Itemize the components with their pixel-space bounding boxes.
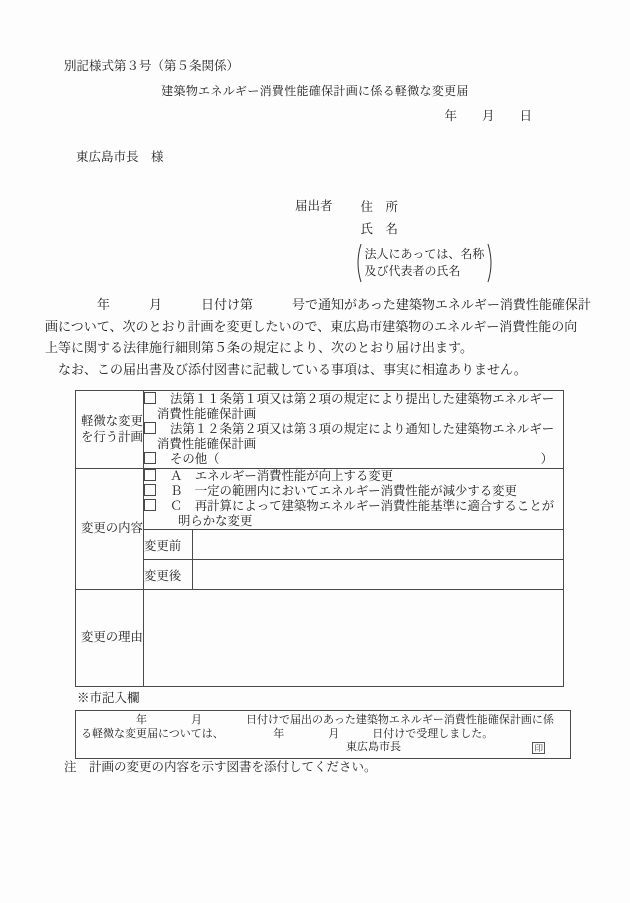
before-value-cell[interactable] xyxy=(193,530,564,560)
change-form-table: 軽微な変更 を行う計画 法第１１条第１項又は第２項の規定により提出した建築物エネ… xyxy=(75,390,564,687)
after-row: 変更後 xyxy=(76,560,564,590)
checkbox-law11-icon[interactable] xyxy=(144,392,156,404)
page-title: 建築物エネルギー消費性能確保計画に係る軽微な変更届 xyxy=(0,82,630,99)
name-label[interactable]: 氏 名 xyxy=(361,218,496,240)
before-row: 変更前 xyxy=(76,530,564,560)
plan-row-options: 法第１１条第１項又は第２項の規定により提出した建築物エネルギー 消費性能確保計画… xyxy=(144,391,564,469)
plan-row-header: 軽微な変更 を行う計画 xyxy=(76,391,144,469)
content-row-header: 変更の内容 xyxy=(76,469,144,590)
after-value-cell[interactable] xyxy=(193,560,564,590)
plan-option-law12-cont: 消費性能確保計画 xyxy=(144,437,563,452)
checkbox-a-icon[interactable] xyxy=(144,469,156,481)
corporate-note-line2: 及び代表者の氏名 xyxy=(365,263,485,280)
mayor-name: 東広島市長 xyxy=(346,741,401,755)
city-use-box: 年 月 日付けで届出のあった建築物エネルギー消費性能確保計画に係 る軽微な変更届… xyxy=(75,710,571,759)
form-number: 別記様式第３号（第５条関係） xyxy=(64,56,239,74)
applicant-block: 届出者 住 所 氏 名 法人にあっては、名称 及び代表者の氏名 xyxy=(295,196,495,283)
reason-row: 変更の理由 xyxy=(76,590,564,687)
plan-option-law11-cont: 消費性能確保計画 xyxy=(144,407,563,422)
body-line: 年 月 日付け第 号で通知があった建築物エネルギー消費性能確保計 xyxy=(45,294,591,316)
content-row-options: Ａ エネルギー消費性能が向上する変更 Ｂ 一定の範囲内においてエネルギー消費性能… xyxy=(144,469,564,530)
city-box-line1: 年 月 日付けで届出のあった建築物エネルギー消費性能確保計画に係 xyxy=(81,714,565,728)
body-paragraph: 年 月 日付け第 号で通知があった建築物エネルギー消費性能確保計 画について、次… xyxy=(45,294,591,380)
checkbox-other-icon[interactable] xyxy=(144,452,156,464)
body-line: なお、この届出書及び添付図書に記載している事項は、事実に相違ありません。 xyxy=(45,359,591,381)
plan-option-law12: 法第１２条第２項又は第３項の規定により通知した建築物エネルギー xyxy=(170,422,554,436)
checkbox-law12-icon[interactable] xyxy=(144,422,156,434)
content-option-c-cont: 明らかな変更 xyxy=(144,514,563,529)
before-label: 変更前 xyxy=(144,530,193,560)
other-blank-field[interactable] xyxy=(220,452,541,467)
attachment-note: 注 計画の変更の内容を示す図書を添付してください。 xyxy=(64,757,377,775)
content-option-b: Ｂ 一定の範囲内においてエネルギー消費性能が減少する変更 xyxy=(170,484,517,498)
after-label: 変更後 xyxy=(144,560,193,590)
applicant-label: 届出者 xyxy=(295,196,333,283)
content-option-c: Ｃ 再計算によって建築物エネルギー消費性能基準に適合することが xyxy=(170,499,554,513)
content-option-a: Ａ エネルギー消費性能が向上する変更 xyxy=(170,469,393,483)
right-paren-icon xyxy=(487,243,495,283)
plan-option-other-close: ） xyxy=(541,452,553,467)
city-use-label: ※市記入欄 xyxy=(77,688,140,706)
plan-option-law11: 法第１１条第１項又は第２項の規定により提出した建築物エネルギー xyxy=(170,392,554,406)
body-line: 上等に関する法律施行細則第５条の規定により、次のとおり届け出ます。 xyxy=(45,337,591,359)
plan-row: 軽微な変更 を行う計画 法第１１条第１項又は第２項の規定により提出した建築物エネ… xyxy=(76,391,564,469)
form-page: 別記様式第３号（第５条関係） 建築物エネルギー消費性能確保計画に係る軽微な変更届… xyxy=(0,0,630,903)
checkbox-c-icon[interactable] xyxy=(144,499,156,511)
corporate-note-line1: 法人にあっては、名称 xyxy=(365,246,485,263)
reason-value-cell[interactable] xyxy=(144,590,564,687)
checkbox-b-icon[interactable] xyxy=(144,484,156,496)
content-row: 変更の内容 Ａ エネルギー消費性能が向上する変更 Ｂ 一定の範囲内においてエネル… xyxy=(76,469,564,530)
seal-mark-icon: 印 xyxy=(532,742,545,754)
city-box-line2: る軽微な変更届については、 年 月 日付けで受理しました。 xyxy=(81,728,565,742)
addressee: 東広島市長 様 xyxy=(76,147,164,165)
date-blank-line[interactable]: 年 月 日 xyxy=(444,106,532,124)
left-paren-icon xyxy=(354,243,362,283)
corporate-note: 法人にあっては、名称 及び代表者の氏名 xyxy=(354,243,496,283)
plan-option-other: その他（ xyxy=(170,452,220,467)
reason-row-header: 変更の理由 xyxy=(76,590,144,687)
body-line: 画について、次のとおり計画を変更したいので、東広島市建築物のエネルギー消費性能の… xyxy=(45,316,591,338)
address-label[interactable]: 住 所 xyxy=(361,196,496,218)
